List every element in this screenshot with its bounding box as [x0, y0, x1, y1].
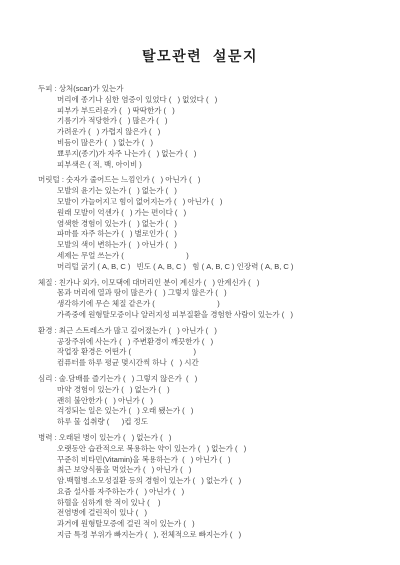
section-environment: 환경 : 최근 스트레스가 많고 깊어졌는가 ( ) 아닌가 ( )공장주위에 … — [0, 326, 400, 369]
section-constitution: 체질 : 친가나 외가, 이모댁에 대머리인 분이 계신가 ( ) 안계신가 (… — [0, 278, 400, 321]
question-line: 가족중에 원형탈모증이나 알러지성 피부질환을 경험한 사람이 있는가 ( ) — [0, 310, 400, 321]
question-line: 걱정되는 일은 있는가 ( ) 오래 됐는가 ( ) — [0, 406, 400, 417]
question-line: 뾰루지(종기)가 자주 나는가 ( ) 없는가 ( ) — [0, 149, 400, 160]
question-line: 오랫동안 습관적으로 복용하는 약이 있는가 ( ) 없는가 ( ) — [0, 444, 400, 455]
question-line: 염색한 경험이 있는가 ( ) 없는가 ( ) — [0, 219, 400, 230]
section-header-line: 환경 : 최근 스트레스가 많고 깊어졌는가 ( ) 아닌가 ( ) — [0, 326, 400, 337]
question-line: 최근 보양식품을 먹었는가 ( ) 아닌가 ( ) — [0, 465, 400, 476]
question-line: 과거에 원형탈모증에 걸린 적이 있는가 ( ) — [0, 519, 400, 530]
page-title: 탈모관련 설문지 — [0, 46, 400, 66]
section-header-line: 심리 : 술.담배를 즐기는가 ( ) 그렇지 않은가 ( ) — [0, 374, 400, 385]
section-scalp: 두피 : 상처(scar)가 있는가머리에 종기나 심한 염증이 있었다 ( )… — [0, 84, 400, 170]
question-line: 비듬이 많은가 ( ) 없는가 ( ) — [0, 138, 400, 149]
question-line: 지금 특정 부위가 빠지는가 ( ), 전체적으로 빠지는가 ( ) — [0, 530, 400, 541]
section-header-line: 체질 : 친가나 외가, 이모댁에 대머리인 분이 계신가 ( ) 안계신가 (… — [0, 278, 400, 289]
question-line: 모발의 윤기는 있는가 ( ) 없는가 ( ) — [0, 186, 400, 197]
section-psychology: 심리 : 술.담배를 즐기는가 ( ) 그렇지 않은가 ( )마약 경험이 있는… — [0, 374, 400, 428]
document-page: 탈모관련 설문지 두피 : 상처(scar)가 있는가머리에 종기나 심한 염증… — [0, 0, 400, 565]
question-line: 괜히 불안한가 ( ) 아닌가 ( ) — [0, 396, 400, 407]
section-medical-history: 병력 : 오래된 병이 있는가 ( ) 없는가 ( )오랫동안 습관적으로 복용… — [0, 433, 400, 541]
question-line: 피부가 부드러운가 ( ) 딱딱한가 ( ) — [0, 106, 400, 117]
question-line: 작업장 환경은 어떤가 ( ) — [0, 347, 400, 358]
question-line: 마약 경험이 있는가 ( ) 없는가 ( ) — [0, 385, 400, 396]
question-line: 요즘 설사를 자주하는가 ( ) 아닌가 ( ) — [0, 487, 400, 498]
section-hair: 머릿털 : 숫자가 줄어드는 느낌인가 ( ) 아닌가 ( )모발의 윤기는 있… — [0, 175, 400, 272]
question-line: 원래 모발이 억센가 ( ) 가는 편이다 ( ) — [0, 208, 400, 219]
questionnaire-sections: 두피 : 상처(scar)가 있는가머리에 종기나 심한 염증이 있었다 ( )… — [0, 84, 400, 541]
question-line: 암.백혈병.소모성질환 등의 경험이 있는가 ( ) 없는가 ( ) — [0, 476, 400, 487]
question-line: 공장주위에 사는가 ( ) 주변환경이 깨끗한가 ( ) — [0, 337, 400, 348]
question-line: 머리에 종기나 심한 염증이 있었다 ( ) 없었다 ( ) — [0, 95, 400, 106]
question-line: 세제는 무얼 쓰는가 ( ) — [0, 251, 400, 262]
question-line: 피부색은 ( 적, 백, 아이비 ) — [0, 160, 400, 171]
section-header-line: 머릿털 : 숫자가 줄어드는 느낌인가 ( ) 아닌가 ( ) — [0, 175, 400, 186]
section-header-line: 병력 : 오래된 병이 있는가 ( ) 없는가 ( ) — [0, 433, 400, 444]
question-line: 기름기가 적당한가 ( ) 많은가 ( ) — [0, 116, 400, 127]
question-line: 가려운가 ( ) 가렵지 않은가 ( ) — [0, 127, 400, 138]
question-line: 하루 물 섭취량 ( )컵 정도 — [0, 417, 400, 428]
section-header-line: 두피 : 상처(scar)가 있는가 — [0, 84, 400, 95]
question-line: 몸과 머리에 열과 땀이 많은가 ( ) 그렇지 않은가 ( ) — [0, 288, 400, 299]
question-line: 하혈을 심하게 한 적이 있나 ( ) — [0, 498, 400, 509]
question-line: 컴퓨터를 하루 평균 몇시간씩 하나 ( ) 시간 — [0, 358, 400, 369]
question-line: 생각하기에 무슨 체질 같은가 ( ) — [0, 299, 400, 310]
question-line: 모발이 가늘어지고 힘이 없어지는가 ( ) 아닌가 ( ) — [0, 197, 400, 208]
question-line: 파마를 자주 하는가 ( ) 별로인가 ( ) — [0, 229, 400, 240]
question-line: 모발의 색이 변하는가 ( ) 아닌가 ( ) — [0, 240, 400, 251]
question-line: 전염병에 걸린적이 있나 ( ) — [0, 508, 400, 519]
question-line: 머리털 굵기 ( A, B, C ) 빈도 ( A, B, C ) 힘 ( A,… — [0, 262, 400, 273]
question-line: 꾸준히 비타민(Vitamin)을 복용하는가 ( ) 아닌가 ( ) — [0, 455, 400, 466]
